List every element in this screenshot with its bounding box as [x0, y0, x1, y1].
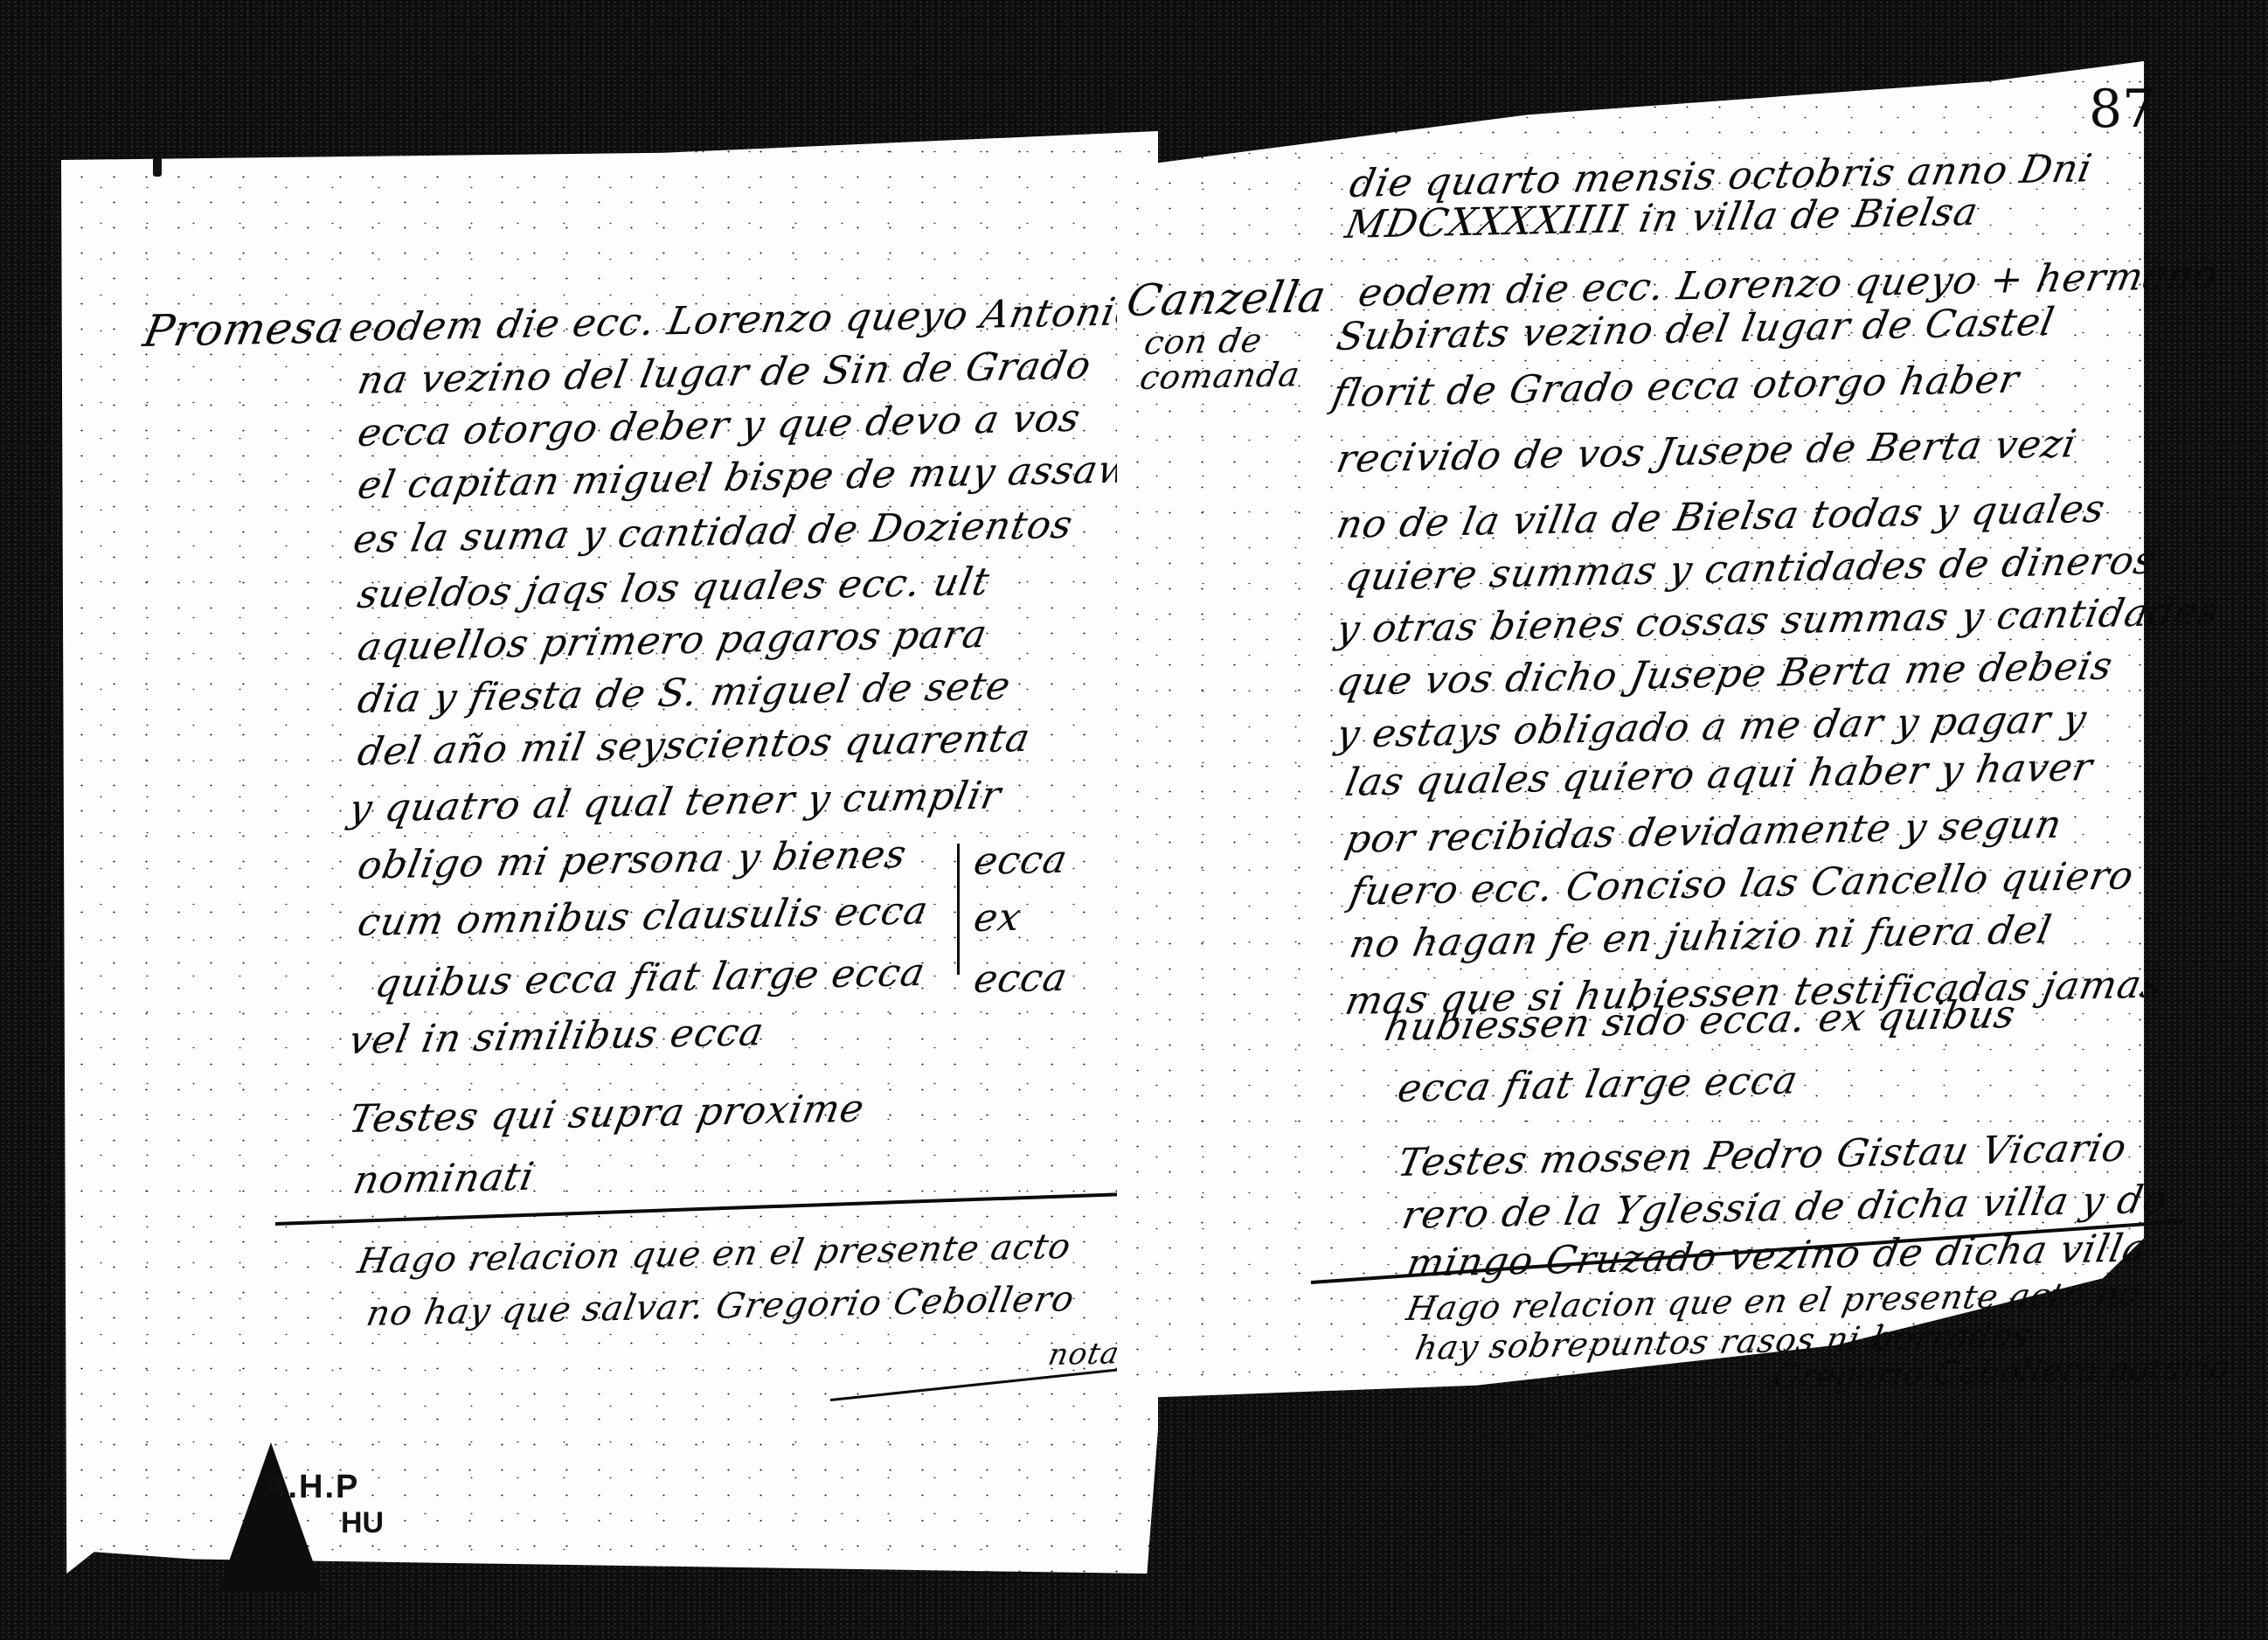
archive-stamp: A.H.P HU: [262, 1469, 384, 1540]
bracket-word-3: ecca: [970, 956, 1072, 1002]
archive-stamp-line-2: HU: [341, 1506, 384, 1540]
bracket-word-1: ecca: [970, 837, 1072, 884]
right-margin-note-title: Canzella: [1122, 271, 1330, 326]
left-line-16: nominati: [350, 1155, 538, 1203]
left-line-14: vel in similibus ecca: [345, 1010, 767, 1063]
left-margin-note: Promesa: [139, 302, 348, 357]
right-margin-note-sub-2: comanda: [1137, 355, 1304, 397]
folio-number: 87: [2089, 79, 2155, 140]
right-line-16: ecca fiat large ecca: [1394, 1058, 1802, 1111]
bracket-line: [957, 844, 960, 975]
bracket-word-2: ex: [970, 895, 1025, 941]
archive-stamp-line-1: A.H.P: [262, 1469, 384, 1506]
ink-mark: [153, 157, 162, 177]
